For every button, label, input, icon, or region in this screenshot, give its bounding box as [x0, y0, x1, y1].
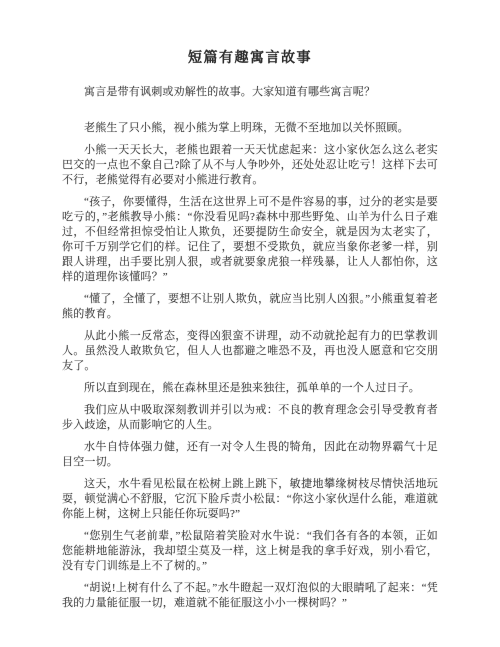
story-paragraph: 从此小熊一反常态，变得凶狠蛮不讲理，动不动就抡起有力的巴掌教训人。虽然没人敢欺负… — [62, 329, 438, 374]
story-paragraph: “孩子，你要懂得，生活在这世界上可不是件容易的事，过分的老实是要吃亏的，”老熊教… — [62, 195, 438, 285]
story-paragraph: 小熊一天天长大，老熊也跟着一天天忧虑起来：这小家伙怎么这么老实巴交的一点也不象自… — [62, 143, 438, 188]
document-page: 短篇有趣寓言故事 寓言是带有讽刺或劝解性的故事。大家知道有哪些寓言呢？ 老熊生了… — [0, 0, 500, 647]
story-paragraph: 这天，水牛看见松鼠在松树上跳上跳下，敏捷地攀缘树枝尽情快活地玩耍，顿觉满心不舒服… — [62, 477, 438, 522]
story-paragraph: “您别生气老前辈，”松鼠陪着笑脸对水牛说：“我们各有各的本领，正如您能耕地能游泳… — [62, 529, 438, 574]
story-paragraph: 老熊生了只小熊，视小熊为掌上明珠，无微不至地加以关怀照顾。 — [62, 121, 438, 136]
story-paragraph: “胡说!上树有什么了不起。”水牛瞪起一双灯泡似的大眼睛吼了起来：“凭我的力量能征… — [62, 581, 438, 611]
document-title: 短篇有趣寓言故事 — [62, 50, 438, 68]
story-paragraph: 我们应从中吸取深刻教训并引以为戒：不良的教育理念会引导受教育者步入歧途，从而影响… — [62, 403, 438, 433]
story-paragraph: 所以直到现在，熊在森林里还是独来独往，孤单单的一个人过日子。 — [62, 381, 438, 396]
intro-paragraph: 寓言是带有讽刺或劝解性的故事。大家知道有哪些寓言呢？ — [62, 85, 438, 100]
story-paragraph: 水牛自恃体强力健，还有一对令人生畏的犄角，因此在动物界霸气十足目空一切。 — [62, 440, 438, 470]
story-paragraph: “懂了，全懂了，要想不让别人欺负，就应当比别人凶狠。”小熊重复着老熊的教育。 — [62, 292, 438, 322]
